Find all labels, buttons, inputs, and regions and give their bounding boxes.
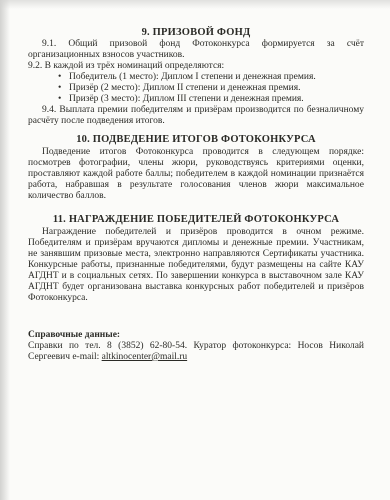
- list-item-winner: Победитель (1 место): Диплом I степени и…: [58, 72, 364, 83]
- contact-email-link: altkinocenter@mail.ru: [102, 352, 188, 362]
- clause-9-4: 9.4. Выплата премии победителям и призёр…: [28, 105, 364, 127]
- section-11-heading: 11. НАГРАЖДЕНИЕ ПОБЕДИТЕЛЕЙ ФОТОКОНКУРСА: [28, 214, 364, 226]
- list-item-runner-up-3: Призёр (3 место): Диплом III степени и д…: [58, 94, 364, 105]
- section-9-heading: 9. ПРИЗОВОЙ ФОНД: [28, 27, 364, 39]
- clause-9-2: 9.2. В каждой из трёх номинаций определя…: [28, 61, 364, 72]
- prize-list: Победитель (1 место): Диплом I степени и…: [28, 72, 364, 105]
- clause-9-1: 9.1. Общий призовой фонд Фотоконкурса фо…: [28, 39, 364, 61]
- contacts-text: Справки по тел. 8 (3852) 62-80-54. Курат…: [28, 341, 364, 363]
- section-11-body: Награждение победителей и призёров прово…: [28, 227, 364, 304]
- contacts-label: Справочные данные:: [28, 330, 364, 341]
- scanned-document-page: 9. ПРИЗОВОЙ ФОНД 9.1. Общий призовой фон…: [0, 0, 390, 500]
- section-10-heading: 10. ПОДВЕДЕНИЕ ИТОГОВ ФОТОКОНКУРСА: [28, 134, 364, 146]
- document-content: 9. ПРИЗОВОЙ ФОНД 9.1. Общий призовой фон…: [28, 27, 364, 363]
- section-10-body: Подведение итогов Фотоконкурса проводитс…: [28, 147, 364, 202]
- list-item-runner-up-2: Призёр (2 место): Диплом II степени и де…: [58, 83, 364, 94]
- scan-edge-left: [0, 0, 10, 500]
- contacts-info: Справки по тел. 8 (3852) 62-80-54. Курат…: [28, 341, 364, 362]
- scan-edge-top: [0, 0, 390, 9]
